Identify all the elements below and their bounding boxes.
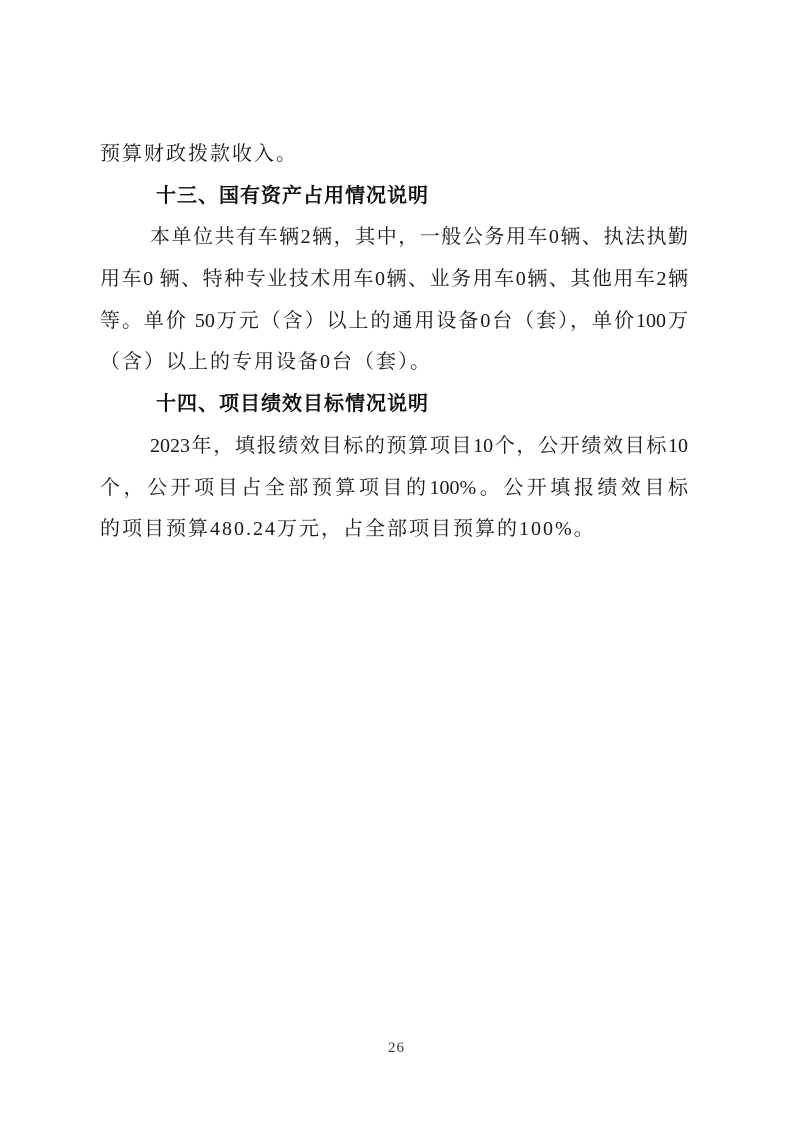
paragraph-line: 2023年，填报绩效目标的预算项目10个，公开绩效目标10 xyxy=(100,426,688,468)
paragraph-line: 本单位共有车辆2辆，其中，一般公务用车0辆、执法执勤 xyxy=(100,217,688,259)
section-heading-13: 十三、国有资产占用情况说明 xyxy=(100,176,688,218)
page-content: 预算财政拨款收入。 十三、国有资产占用情况说明 本单位共有车辆2辆，其中，一般公… xyxy=(100,134,688,551)
paragraph-line: （含）以上的专用设备0台（套）。 xyxy=(100,342,688,384)
paragraph-line: 的项目预算480.24万元，占全部项目预算的100%。 xyxy=(100,509,688,551)
paragraph-line: 用车0 辆、特种专业技术用车0辆、业务用车0辆、其他用车2辆 xyxy=(100,259,688,301)
paragraph-line: 等。单价 50万元（含）以上的通用设备0台（套），单价100万 xyxy=(100,301,688,343)
document-page: 预算财政拨款收入。 十三、国有资产占用情况说明 本单位共有车辆2辆，其中，一般公… xyxy=(0,0,793,1122)
paragraph-end-line: 预算财政拨款收入。 xyxy=(100,134,688,176)
paragraph-line: 个，公开项目占全部预算项目的100%。公开填报绩效目标 xyxy=(100,468,688,510)
page-number: 26 xyxy=(0,1040,793,1057)
section-heading-14: 十四、项目绩效目标情况说明 xyxy=(100,384,688,426)
